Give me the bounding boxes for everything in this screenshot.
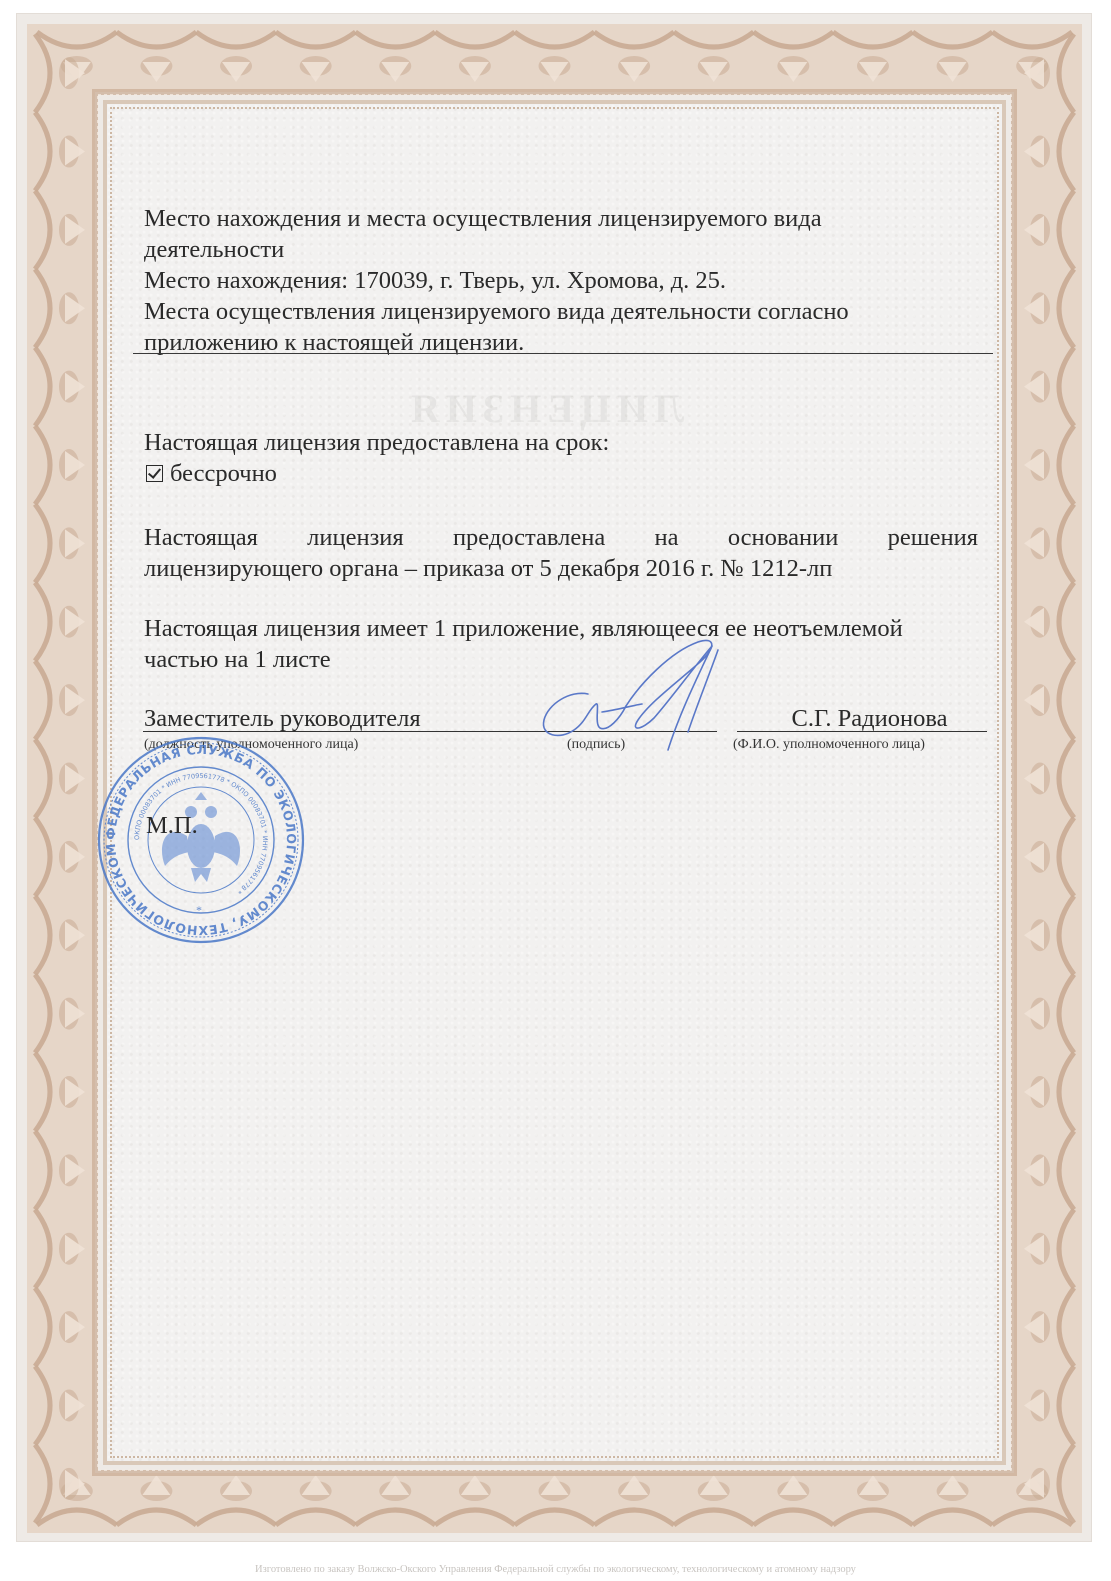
address-line: Место нахождения: 170039, г. Тверь, ул. … — [144, 265, 978, 296]
address-line: деятельности — [144, 234, 978, 265]
checkbox-checked-icon — [146, 465, 163, 482]
term-heading: Настоящая лицензия предоставлена на срок… — [144, 427, 978, 458]
printer-footnote: Изготовлено по заказу Волжско-Окского Уп… — [0, 1564, 1111, 1575]
seal-place-mark: М.П. — [146, 810, 198, 841]
signatory-position: Заместитель руководителя — [144, 703, 421, 734]
address-line: Место нахождения и места осуществления л… — [144, 203, 978, 234]
handwritten-signature — [530, 632, 740, 762]
term-option: бессрочно — [144, 458, 978, 489]
caption-name: (Ф.И.О. уполномоченного лица) — [733, 736, 925, 754]
address-line: Места осуществления лицензируемого вида … — [144, 296, 978, 327]
name-line — [737, 731, 987, 732]
basis-section: Настоящая лицензия предоставлена на осно… — [144, 522, 978, 584]
term-section: Настоящая лицензия предоставлена на срок… — [144, 427, 978, 489]
basis-line: Настоящая лицензия предоставлена на осно… — [144, 522, 978, 553]
address-section: Место нахождения и места осуществления л… — [144, 203, 978, 358]
bleed-through-title: ЛИЦЕНЗИЯ — [405, 385, 684, 432]
signatory-name: С.Г. Радионова — [737, 703, 987, 734]
basis-line: лицензирующего органа – приказа от 5 дек… — [144, 555, 832, 582]
svg-text:*: * — [196, 903, 202, 917]
official-stamp: ФЕДЕРАЛЬНАЯ СЛУЖБА ПО ЭКОЛОГИЧЕСКОМУ, ТЕ… — [95, 736, 307, 944]
term-option-label: бессрочно — [170, 460, 277, 487]
section-divider — [133, 353, 993, 354]
